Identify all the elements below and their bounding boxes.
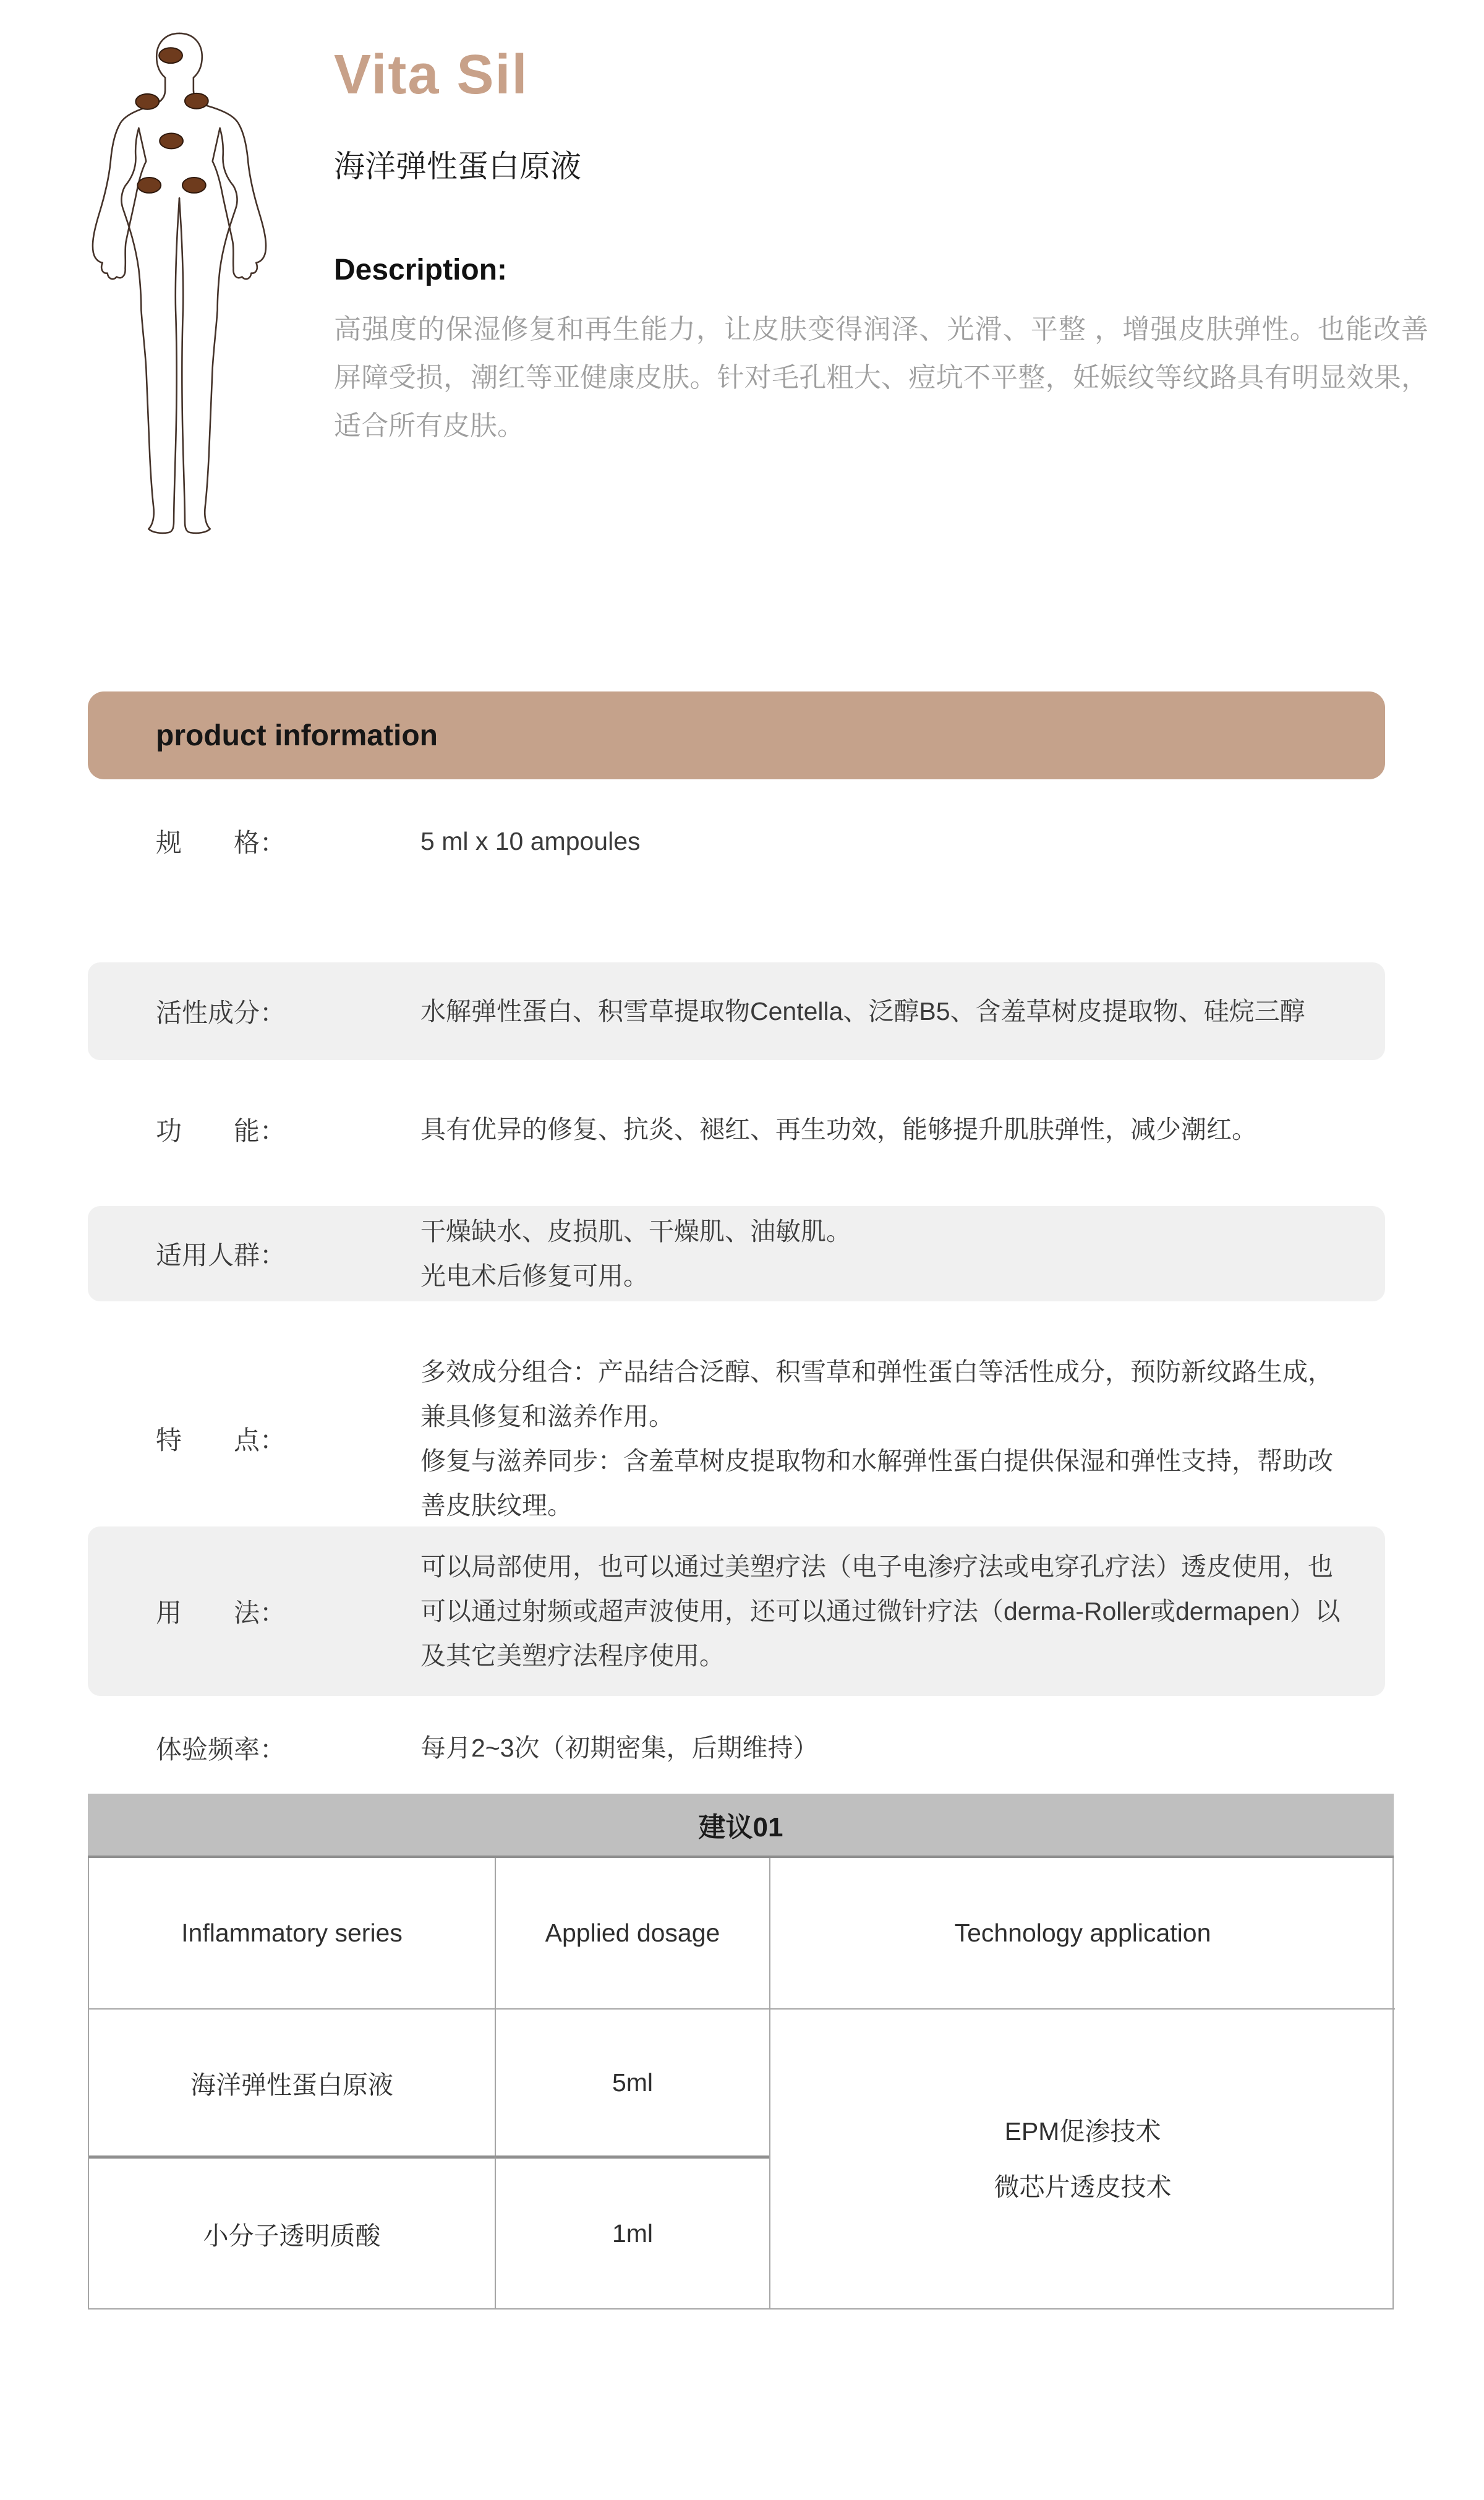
column-header-series: Inflammatory series bbox=[89, 1858, 495, 2008]
recommendation-table: 建议01 Inflammatory series Applied dosage … bbox=[88, 1794, 1394, 2310]
treatment-spots bbox=[135, 48, 208, 193]
spec-value: 每月2~3次（初期密集，后期维持） bbox=[420, 1726, 1385, 1770]
spec-row-frequency: 体验频率： 每月2~3次（初期密集，后期维持） bbox=[88, 1721, 1385, 1775]
description-body: 高强度的保湿修复和再生能力，让皮肤变得润泽、光滑、平整 ，增强皮肤弹性。也能改善… bbox=[334, 306, 1428, 450]
spot-hip-right bbox=[182, 178, 206, 193]
body-outline-svg bbox=[59, 26, 300, 549]
table-cell-product-2: 小分子透明质酸 bbox=[89, 2155, 495, 2308]
spec-row-function: 功 能： 具有优异的修复、抗炎、褪红、再生功效，能够提升肌肤弹性，减少潮红。 bbox=[88, 1100, 1385, 1159]
table-cell-dosage-2: 1ml bbox=[495, 2155, 769, 2308]
table-grid: Inflammatory series Applied dosage Techn… bbox=[88, 1858, 1394, 2310]
spec-row-specification: 规 格： 5 ml x 10 ampoules bbox=[88, 811, 1385, 871]
table-cell-technology: EPM促渗技术 微芯片透皮技术 bbox=[769, 2008, 1395, 2308]
spot-hip-left bbox=[137, 178, 161, 193]
column-header-technology: Technology application bbox=[769, 1858, 1395, 2008]
spec-label: 规 格： bbox=[88, 823, 420, 860]
spec-value: 干燥缺水、皮损肌、干燥肌、油敏肌。 光电术后修复可用。 bbox=[420, 1209, 1385, 1298]
section-header-bar: product information bbox=[88, 691, 1385, 779]
spot-face bbox=[159, 48, 182, 63]
spec-row-usage: 用 法： 可以局部使用，也可以通过美塑疗法（电子电渗疗法或电穿孔疗法）透皮使用，… bbox=[88, 1526, 1385, 1696]
spec-label: 体验频率： bbox=[88, 1729, 420, 1766]
spec-value: 水解弹性蛋白、积雪草提取物Centella、泛醇B5、含羞草树皮提取物、硅烷三醇 bbox=[420, 989, 1385, 1034]
spot-chest-right bbox=[185, 93, 208, 109]
spec-row-active-ingredients: 活性成分： 水解弹性蛋白、积雪草提取物Centella、泛醇B5、含羞草树皮提取… bbox=[88, 962, 1385, 1060]
product-sheet-page: { "hero": { "title": "Vita Sil", "title_… bbox=[0, 0, 1484, 2500]
product-subtitle: 海洋弹性蛋白原液 bbox=[334, 142, 1441, 186]
table-cell-product-1: 海洋弹性蛋白原液 bbox=[89, 2008, 495, 2155]
spec-row-features: 特 点： 多效成分组合：产品结合泛醇、积雪草和弹性蛋白等活性成分，预防新纹路生成… bbox=[88, 1332, 1385, 1545]
column-header-dosage: Applied dosage bbox=[495, 1858, 769, 2008]
section-header-label: product information bbox=[88, 719, 438, 753]
description-heading: Description: bbox=[334, 253, 1441, 287]
spec-row-target-users: 适用人群： 干燥缺水、皮损肌、干燥肌、油敏肌。 光电术后修复可用。 bbox=[88, 1206, 1385, 1301]
body-figure-illustration bbox=[59, 26, 300, 549]
spec-value: 多效成分组合：产品结合泛醇、积雪草和弹性蛋白等活性成分，预防新纹路生成，兼具修复… bbox=[420, 1350, 1385, 1528]
spec-label: 活性成分： bbox=[88, 993, 420, 1030]
spec-label: 功 能： bbox=[88, 1111, 420, 1148]
table-cell-dosage-1: 5ml bbox=[495, 2008, 769, 2155]
spec-label: 用 法： bbox=[88, 1593, 420, 1630]
spec-value: 可以局部使用，也可以通过美塑疗法（电子电渗疗法或电穿孔疗法）透皮使用，也可以通过… bbox=[420, 1544, 1385, 1678]
spot-abdomen bbox=[160, 133, 183, 148]
body-outline-left bbox=[93, 33, 179, 533]
product-title: Vita Sil bbox=[334, 43, 1441, 107]
spot-chest-left bbox=[135, 94, 159, 109]
spec-label: 适用人群： bbox=[88, 1235, 420, 1272]
spec-label: 特 点： bbox=[88, 1420, 420, 1457]
hero-section: Vita Sil 海洋弹性蛋白原液 Description: 高强度的保湿修复和… bbox=[334, 43, 1441, 450]
table-title: 建议01 bbox=[88, 1794, 1394, 1858]
spec-value: 5 ml x 10 ampoules bbox=[420, 819, 1385, 863]
spec-value: 具有优异的修复、抗炎、褪红、再生功效，能够提升肌肤弹性，减少潮红。 bbox=[420, 1107, 1385, 1152]
